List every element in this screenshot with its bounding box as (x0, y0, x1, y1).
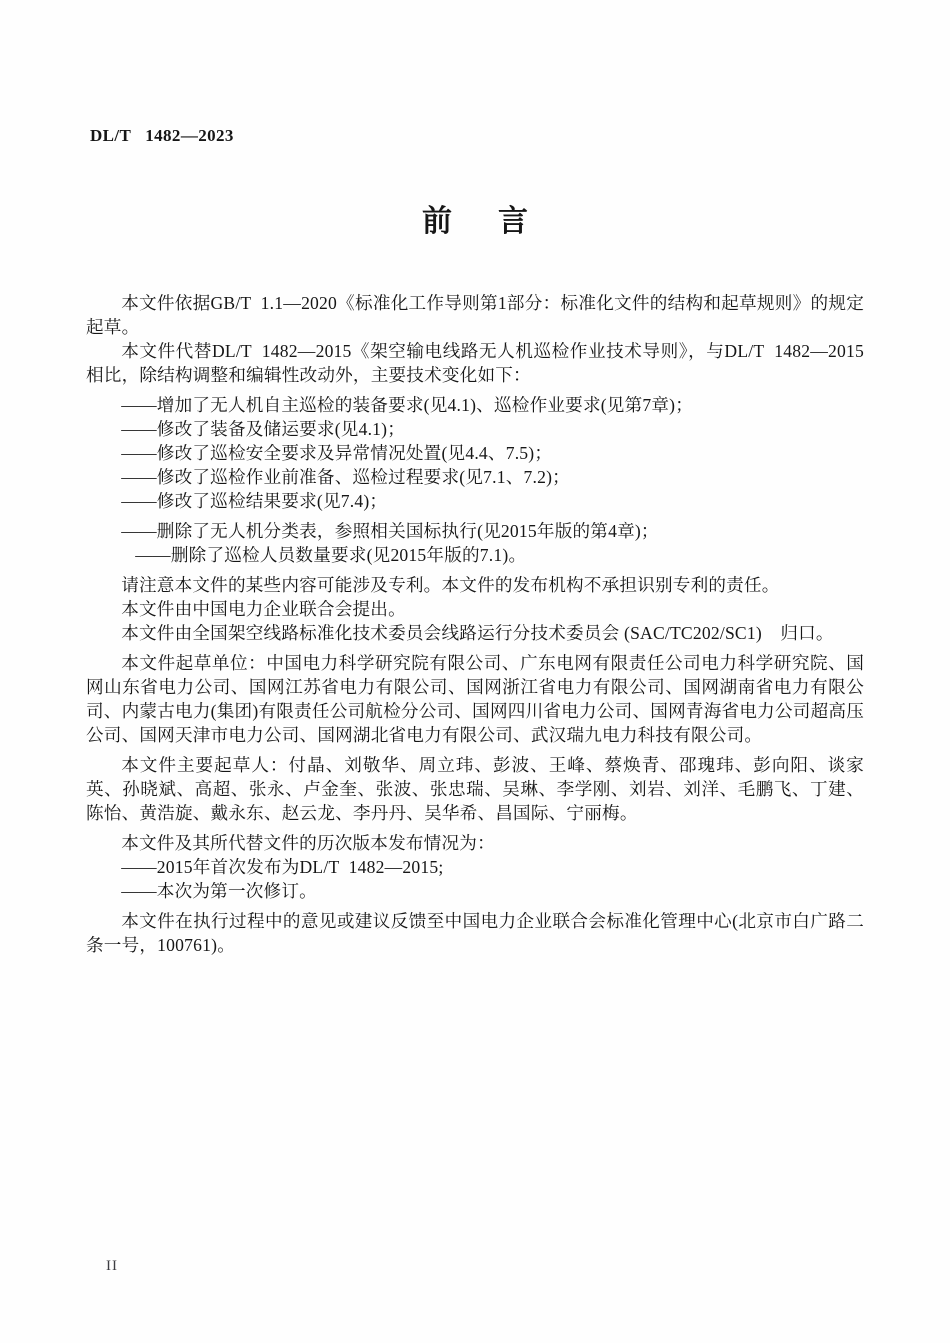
foreword-title: 前 言 (0, 205, 950, 239)
standard-number: DL/T 1482—2023 (90, 126, 234, 146)
foreword-paragraph-drafting-organizations: 本文件起草单位：中国电力科学研究院有限公司、广东电网有限责任公司电力科学研究院、… (86, 651, 864, 747)
foreword-paragraph-patent-notice: 请注意本文件的某些内容可能涉及专利。本文件的发布机构不承担识别专利的责任。 (86, 573, 864, 597)
change-list-item: ——修改了巡检作业前准备、巡检过程要求(见7.1、7.2)； (86, 465, 864, 489)
foreword-paragraph-version-history: 本文件及其所代替文件的历次版本发布情况为： (86, 831, 864, 855)
change-list-item: ——删除了无人机分类表，参照相关国标执行(见2015年版的第4章)； (86, 519, 864, 543)
page-number: II (106, 1258, 118, 1275)
foreword-paragraph-centralized-by: 本文件由全国架空线路标准化技术委员会线路运行分技术委员会 (SAC/TC202/… (86, 621, 864, 645)
change-list-item: ——增加了无人机自主巡检的装备要求(见4.1)、巡检作业要求(见第7章)； (86, 393, 864, 417)
change-list-item: ——删除了巡检人员数量要求(见2015年版的7.1)。 (86, 543, 864, 567)
foreword-title-char-2: 言 (498, 205, 528, 239)
foreword-paragraph-drafters: 本文件主要起草人：付晶、刘敬华、周立玮、彭波、王峰、蔡焕青、邵瑰玮、彭向阳、谈家… (86, 753, 864, 825)
foreword-paragraph-feedback: 本文件在执行过程中的意见或建议反馈至中国电力企业联合会标准化管理中心(北京市白广… (86, 909, 864, 957)
foreword-paragraph-replaces: 本文件代替DL/T 1482—2015《架空输电线路无人机巡检作业技术导则》，与… (86, 339, 864, 387)
foreword-paragraph-basis: 本文件依据GB/T 1.1—2020《标准化工作导则第1部分：标准化文件的结构和… (86, 291, 864, 339)
change-list-item: ——修改了装备及储运要求(见4.1)； (86, 417, 864, 441)
foreword-title-char-1: 前 (422, 205, 452, 239)
document-page: DL/T 1482—2023 前 言 本文件依据GB/T 1.1—2020《标准… (0, 0, 950, 1343)
change-list-item: ——修改了巡检安全要求及异常情况处置(见4.4、7.5)； (86, 441, 864, 465)
history-list-item: ——本次为第一次修订。 (86, 879, 864, 903)
foreword-content: 本文件依据GB/T 1.1—2020《标准化工作导则第1部分：标准化文件的结构和… (86, 291, 864, 957)
foreword-paragraph-proposed-by: 本文件由中国电力企业联合会提出。 (86, 597, 864, 621)
history-list-item: ——2015年首次发布为DL/T 1482—2015; (86, 855, 864, 879)
change-list-item: ——修改了巡检结果要求(见7.4)； (86, 489, 864, 513)
